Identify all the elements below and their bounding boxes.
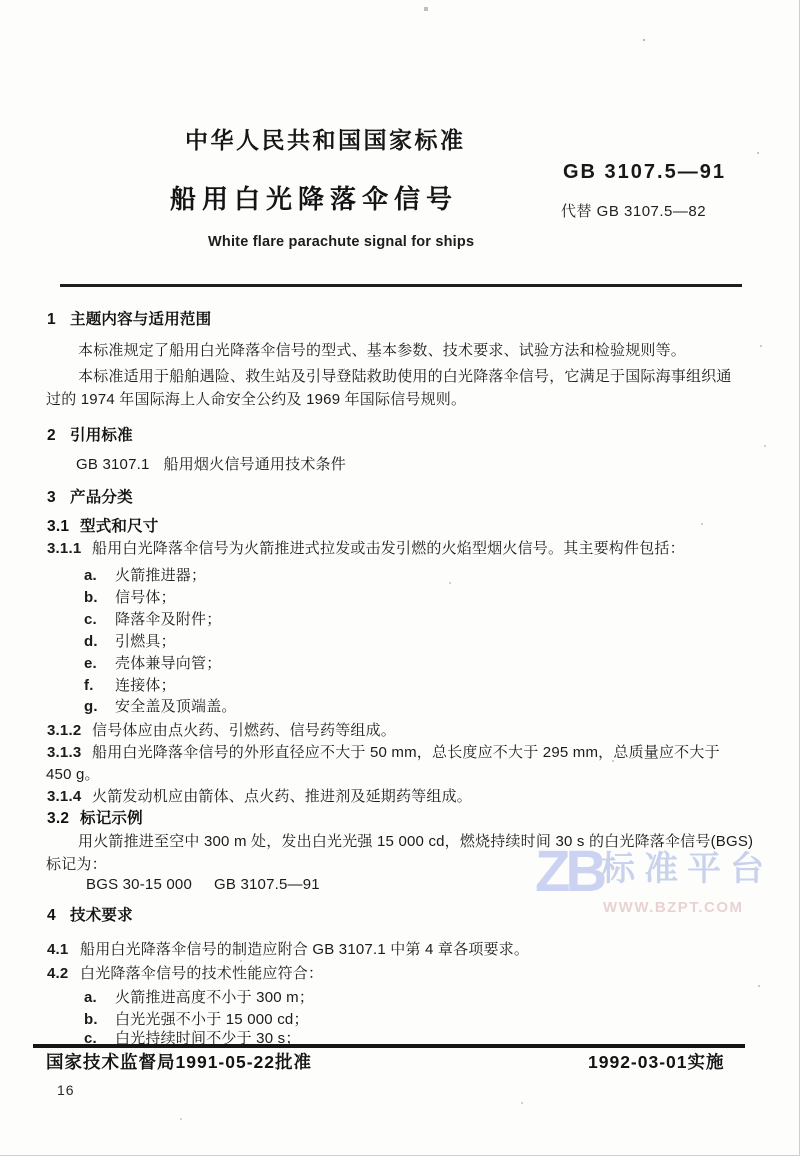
section-2-heading: 2引用标准 [47,427,133,446]
standard-code: GB 3107.5—91 [563,161,726,184]
clause-number: 4.2 [47,965,80,983]
document-page: ZB 标准平台 WWW.BZPT.COM 中华人民共和国国家标准 GB 3107… [0,0,800,1156]
clause-text: 船用白光降落伞信号的外形直径应不大于 50 mm，总长度应不大于 295 mm，… [92,744,720,761]
clause-text: 火箭发动机应由箭体、点火药、推进剂及延期药等组成。 [92,788,472,805]
example-line: 标记为： [46,856,107,874]
section-number: 1 [47,311,70,330]
section-number: 4 [47,907,70,926]
list-letter: f. [84,677,115,695]
clause-number: 4.1 [47,941,80,959]
clause-number: 3.1.2 [47,722,92,740]
list-letter: a. [84,989,115,1007]
replaces-note: 代替 GB 3107.5—82 [561,203,706,220]
footer-divider [33,1044,745,1048]
paragraph-line: 本标准规定了船用白光降落伞信号的型式、基本参数、技术要求、试验方法和检验规则等。 [78,342,686,360]
list-text: 火箭推进器； [115,567,206,584]
list-item: a.火箭推进器； [84,567,206,585]
list-item: c.降落伞及附件； [84,611,221,629]
national-standard-label: 中华人民共和国国家标准 [185,127,466,153]
list-letter: b. [84,1011,115,1029]
section-number: 2 [47,427,70,446]
designation-code: BGS 30-15 000 [86,876,192,893]
list-item: f.连接体； [84,677,176,695]
clause-3-1-2: 3.1.2信号体应由点火药、引燃药、信号药等组成。 [47,722,396,740]
clause-number: 3.1.4 [47,788,92,806]
reference-line: GB 3107.1船用烟火信号通用技术条件 [76,456,346,474]
designation-standard: GB 3107.5—91 [214,876,320,893]
watermark-url: WWW.BZPT.COM [603,900,743,915]
page-number: 16 [57,1082,75,1098]
approval-note: 国家技术监督局1991-05-22批准 [46,1052,312,1072]
implementation-date: 1992-03-01实施 [588,1052,725,1072]
clause-number: 3.1.1 [47,540,92,558]
clause-4-2: 4.2白光降落伞信号的技术性能应符合： [47,965,323,983]
list-letter: g. [84,698,115,716]
section-number: 3.2 [47,810,80,829]
watermark-title: 标准平台 [601,852,773,886]
section-number: 3 [47,489,70,508]
section-4-heading: 4技术要求 [47,907,133,926]
reference-code: GB 3107.1 [76,456,150,473]
list-text: 安全盖及顶端盖。 [115,698,237,715]
reference-title: 船用烟火信号通用技术条件 [164,456,346,473]
list-item: a.火箭推进高度不小于 300 m； [84,989,314,1007]
section-3-heading: 3产品分类 [47,489,133,508]
section-title: 型式和尺寸 [80,518,159,535]
clause-text: 船用白光降落伞信号的制造应附合 GB 3107.1 中第 4 章各项要求。 [80,941,529,958]
clause-3-1-3: 3.1.3船用白光降落伞信号的外形直径应不大于 50 mm，总长度应不大于 29… [47,744,720,762]
section-number: 3.1 [47,518,80,537]
section-title: 技术要求 [70,907,133,924]
clause-text: 信号体应由点火药、引燃药、信号药等组成。 [92,722,396,739]
list-letter: a. [84,567,115,585]
list-text: 火箭推进高度不小于 300 m； [115,989,314,1006]
list-item: b.信号体； [84,589,176,607]
section-title: 引用标准 [70,427,133,444]
clause-number: 3.1.3 [47,744,92,762]
clause-3-1-4: 3.1.4火箭发动机应由箭体、点火药、推进剂及延期药等组成。 [47,788,472,806]
document-title-cn: 船用白光降落伞信号 [170,185,458,215]
clause-text: 白光降落伞信号的技术性能应符合： [80,965,323,982]
section-1-heading: 1主题内容与适用范围 [47,311,211,330]
list-text: 信号体； [115,589,176,606]
list-item: g.安全盖及顶端盖。 [84,698,237,716]
paragraph-line: 本标准适用于船舶遇险、救生站及引导登陆救助使用的白光降落伞信号，它满足于国际海事… [78,368,732,386]
section-title: 标记示例 [80,810,143,827]
paragraph-line: 过的 1974 年国际海上人命安全公约及 1969 年国际信号规则。 [46,391,466,409]
header-divider [60,284,742,287]
clause-4-1: 4.1船用白光降落伞信号的制造应附合 GB 3107.1 中第 4 章各项要求。 [47,941,529,959]
watermark: ZB 标准平台 WWW.BZPT.COM [535,843,785,933]
section-3-2-heading: 3.2标记示例 [47,810,143,829]
example-line: 用火箭推进至空中 300 m 处，发出白光光强 15 000 cd，燃烧持续时间… [78,833,753,851]
list-letter: e. [84,655,115,673]
section-3-1-heading: 3.1型式和尺寸 [47,518,159,537]
list-text: 连接体； [115,677,176,694]
list-letter: c. [84,611,115,629]
list-text: 降落伞及附件； [115,611,221,628]
section-title: 主题内容与适用范围 [70,311,211,328]
section-title: 产品分类 [70,489,133,506]
list-letter: b. [84,589,115,607]
clause-3-1-3-cont: 450 g。 [46,766,100,784]
list-item: e.壳体兼导向管； [84,655,221,673]
list-text: 白光光强不小于 15 000 cd； [115,1011,309,1028]
scan-noise [0,0,2,2]
list-letter: d. [84,633,115,651]
document-title-en: White flare parachute signal for ships [208,234,474,251]
list-text: 引燃具； [115,633,176,650]
designation-line: BGS 30-15 000GB 3107.5—91 [86,876,320,894]
clause-3-1-1: 3.1.1船用白光降落伞信号为火箭推进式拉发或击发引燃的火焰型烟火信号。其主要构… [47,540,685,558]
list-text: 壳体兼导向管； [115,655,221,672]
bzpt-logo-icon: ZB [535,843,602,901]
list-item: b.白光光强不小于 15 000 cd； [84,1011,309,1029]
clause-text: 船用白光降落伞信号为火箭推进式拉发或击发引燃的火焰型烟火信号。其主要构件包括： [92,540,685,557]
list-item: d.引燃具； [84,633,176,651]
